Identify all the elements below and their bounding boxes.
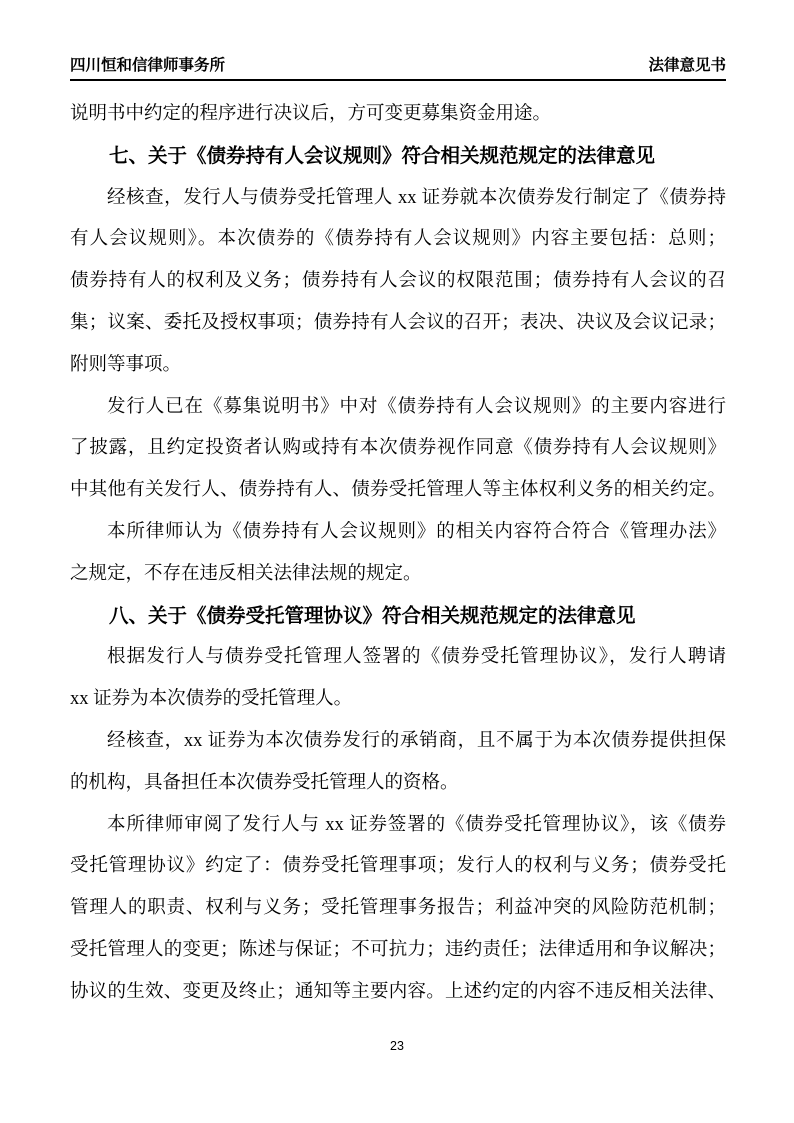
text-line: 管理人的职责、权利与义务；受托管理事务报告；利益冲突的风险防范机制； <box>70 888 726 930</box>
section-8-heading: 八、关于《债券受托管理协议》符合相关规范规定的法律意见 <box>70 596 726 638</box>
text-line: 经核查，xx 证券为本次债券发行的承销商，且不属于为本次债券提供担保 <box>70 721 726 763</box>
text-line: 受托管理人的变更；陈述与保证；不可抗力；违约责任；法律适用和争议解决； <box>70 930 726 972</box>
page-header: 四川恒和信律师事务所 法律意见书 <box>70 56 726 81</box>
text-line: 附则等事项。 <box>70 345 726 387</box>
text-line: 发行人已在《募集说明书》中对《债券持有人会议规则》的主要内容进行 <box>70 387 726 429</box>
paragraph-tail-line: 说明书中约定的程序进行决议后，方可变更募集资金用途。 <box>70 94 726 136</box>
text-line: 中其他有关发行人、债券持有人、债券受托管理人等主体权利义务的相关约定。 <box>70 470 726 512</box>
section-7-heading: 七、关于《债券持有人会议规则》符合相关规范规定的法律意见 <box>70 136 726 178</box>
firm-name: 四川恒和信律师事务所 <box>70 56 225 75</box>
document-body: 说明书中约定的程序进行决议后，方可变更募集资金用途。 七、关于《债券持有人会议规… <box>70 94 726 1014</box>
text-line: 本所律师认为《债券持有人会议规则》的相关内容符合符合《管理办法》 <box>70 512 726 554</box>
text-line: 之规定，不存在违反相关法律法规的规定。 <box>70 554 726 596</box>
text-line: 本所律师审阅了发行人与 xx 证券签署的《债券受托管理协议》，该《债券 <box>70 805 726 847</box>
text-line: 受托管理协议》约定了：债券受托管理事项；发行人的权利与义务；债券受托 <box>70 846 726 888</box>
text-line: 债券持有人的权利及义务；债券持有人会议的权限范围；债券持有人会议的召 <box>70 261 726 303</box>
document-type-label: 法律意见书 <box>648 56 726 75</box>
text-line: 经核查，发行人与债券受托管理人 xx 证券就本次债券发行制定了《债券持 <box>70 178 726 220</box>
text-line: 协议的生效、变更及终止；通知等主要内容。上述约定的内容不违反相关法律、 <box>70 972 726 1014</box>
text-line: 根据发行人与债券受托管理人签署的《债券受托管理协议》，发行人聘请 <box>70 637 726 679</box>
text-line: 的机构，具备担任本次债券受托管理人的资格。 <box>70 763 726 805</box>
text-line: xx 证券为本次债券的受托管理人。 <box>70 679 726 721</box>
text-line: 有人会议规则》。本次债券的《债券持有人会议规则》内容主要包括：总则； <box>70 219 726 261</box>
document-page: 四川恒和信律师事务所 法律意见书 说明书中约定的程序进行决议后，方可变更募集资金… <box>0 0 794 1123</box>
text-line: 集；议案、委托及授权事项；债券持有人会议的召开；表决、决议及会议记录； <box>70 303 726 345</box>
page-number: 23 <box>0 1039 794 1053</box>
text-line: 了披露，且约定投资者认购或持有本次债券视作同意《债券持有人会议规则》 <box>70 428 726 470</box>
